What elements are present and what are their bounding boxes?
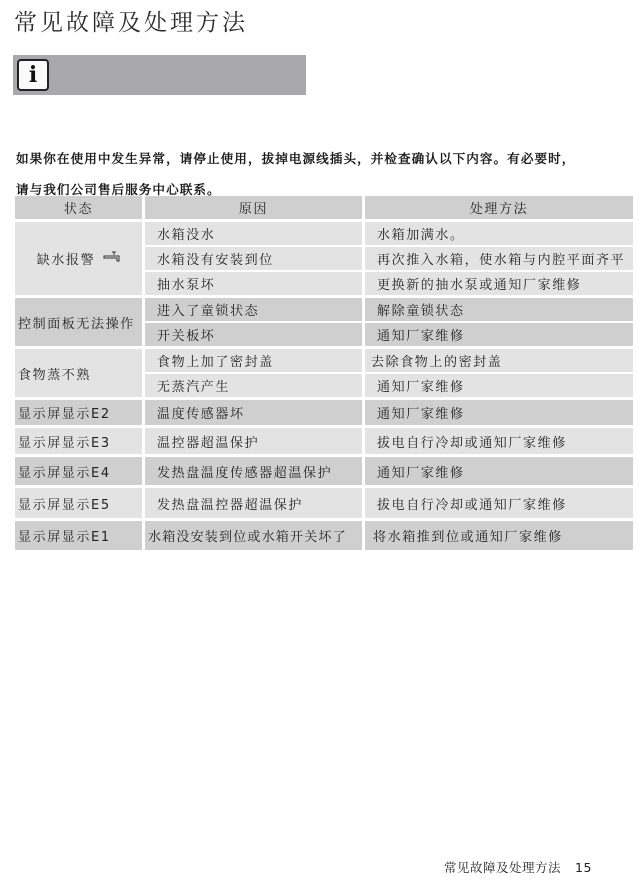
page-footer: 常见故障及处理方法15 <box>444 858 592 876</box>
cause-cell: 水箱没安装到位或水箱开关坏了 <box>145 521 362 550</box>
status-cell: 显示屏显示E5 <box>15 488 142 518</box>
status-cell: 缺水报警 <box>15 222 142 295</box>
troubleshooting-table: 状态 原因 处理方法 缺水报警 水箱没水 水箱加满水。 水箱没有安装到位 再次推… <box>15 196 633 550</box>
footer-section-title: 常见故障及处理方法 <box>444 860 561 875</box>
table-row: 水箱没水 水箱加满水。 <box>145 222 633 245</box>
table-row: 开关板坏 通知厂家维修 <box>145 323 633 346</box>
status-cell: 显示屏显示E2 <box>15 400 142 425</box>
header-status: 状态 <box>15 196 142 219</box>
cause-cell: 进入了童锁状态 <box>145 298 362 321</box>
table-row-e4: 显示屏显示E4 发热盘温度传感器超温保护 通知厂家维修 <box>15 457 633 485</box>
cause-cell: 食物上加了密封盖 <box>145 349 362 372</box>
faucet-icon <box>103 251 123 267</box>
cause-cell: 温度传感器坏 <box>145 400 362 425</box>
page-number: 15 <box>575 860 592 875</box>
status-cell: 控制面板无法操作 <box>15 298 142 346</box>
solution-cell: 更换新的抽水泵或通知厂家维修 <box>365 272 633 295</box>
solution-cell: 通知厂家维修 <box>365 457 633 485</box>
table-row: 食物上加了密封盖 去除食物上的密封盖 <box>145 349 633 372</box>
table-row: 抽水泵坏 更换新的抽水泵或通知厂家维修 <box>145 272 633 295</box>
info-icon: i <box>17 59 49 91</box>
info-banner: i <box>13 55 306 95</box>
table-group-food-not-cooked: 食物蒸不熟 食物上加了密封盖 去除食物上的密封盖 无蒸汽产生 通知厂家维修 <box>15 349 633 397</box>
status-label: 缺水报警 <box>37 249 95 268</box>
cause-cell: 水箱没水 <box>145 222 362 245</box>
solution-cell: 解除童锁状态 <box>365 298 633 321</box>
table-row: 无蒸汽产生 通知厂家维修 <box>145 374 633 397</box>
status-cell: 显示屏显示E3 <box>15 428 142 454</box>
table-row: 水箱没有安装到位 再次推入水箱，使水箱与内腔平面齐平 <box>145 247 633 270</box>
solution-cell: 拔电自行冷却或通知厂家维修 <box>365 488 633 518</box>
table-group-control-panel: 控制面板无法操作 进入了童锁状态 解除童锁状态 开关板坏 通知厂家维修 <box>15 298 633 346</box>
solution-cell: 再次推入水箱，使水箱与内腔平面齐平 <box>365 247 633 270</box>
solution-cell: 将水箱推到位或通知厂家维修 <box>365 521 633 550</box>
table-row-e1: 显示屏显示E1 水箱没安装到位或水箱开关坏了 将水箱推到位或通知厂家维修 <box>15 521 633 550</box>
cause-cell: 发热盘温度传感器超温保护 <box>145 457 362 485</box>
page-title: 常见故障及处理方法 <box>14 4 248 37</box>
cause-cell: 发热盘温控器超温保护 <box>145 488 362 518</box>
table-row-e5: 显示屏显示E5 发热盘温控器超温保护 拔电自行冷却或通知厂家维修 <box>15 488 633 518</box>
table-header: 状态 原因 处理方法 <box>15 196 633 219</box>
solution-cell: 拔电自行冷却或通知厂家维修 <box>365 428 633 454</box>
solution-cell: 通知厂家维修 <box>365 400 633 425</box>
status-cell: 显示屏显示E4 <box>15 457 142 485</box>
header-solution: 处理方法 <box>365 196 633 219</box>
table-row: 进入了童锁状态 解除童锁状态 <box>145 298 633 321</box>
table-row-e3: 显示屏显示E3 温控器超温保护 拔电自行冷却或通知厂家维修 <box>15 428 633 454</box>
cause-cell: 抽水泵坏 <box>145 272 362 295</box>
header-cause: 原因 <box>145 196 362 219</box>
status-cell: 食物蒸不熟 <box>15 349 142 397</box>
solution-cell: 去除食物上的密封盖 <box>365 349 633 372</box>
solution-cell: 水箱加满水。 <box>365 222 633 245</box>
cause-cell: 开关板坏 <box>145 323 362 346</box>
intro-line-1: 如果你在使用中发生异常，请停止使用，拔掉电源线插头，并检查确认以下内容。有必要时… <box>16 143 636 174</box>
status-cell: 显示屏显示E1 <box>15 521 142 550</box>
cause-cell: 水箱没有安装到位 <box>145 247 362 270</box>
table-group-water-shortage: 缺水报警 水箱没水 水箱加满水。 水箱没有安装到位 再次推入水箱，使水箱与内腔平… <box>15 222 633 295</box>
table-row-e2: 显示屏显示E2 温度传感器坏 通知厂家维修 <box>15 400 633 425</box>
cause-cell: 无蒸汽产生 <box>145 374 362 397</box>
solution-cell: 通知厂家维修 <box>365 323 633 346</box>
cause-cell: 温控器超温保护 <box>145 428 362 454</box>
solution-cell: 通知厂家维修 <box>365 374 633 397</box>
